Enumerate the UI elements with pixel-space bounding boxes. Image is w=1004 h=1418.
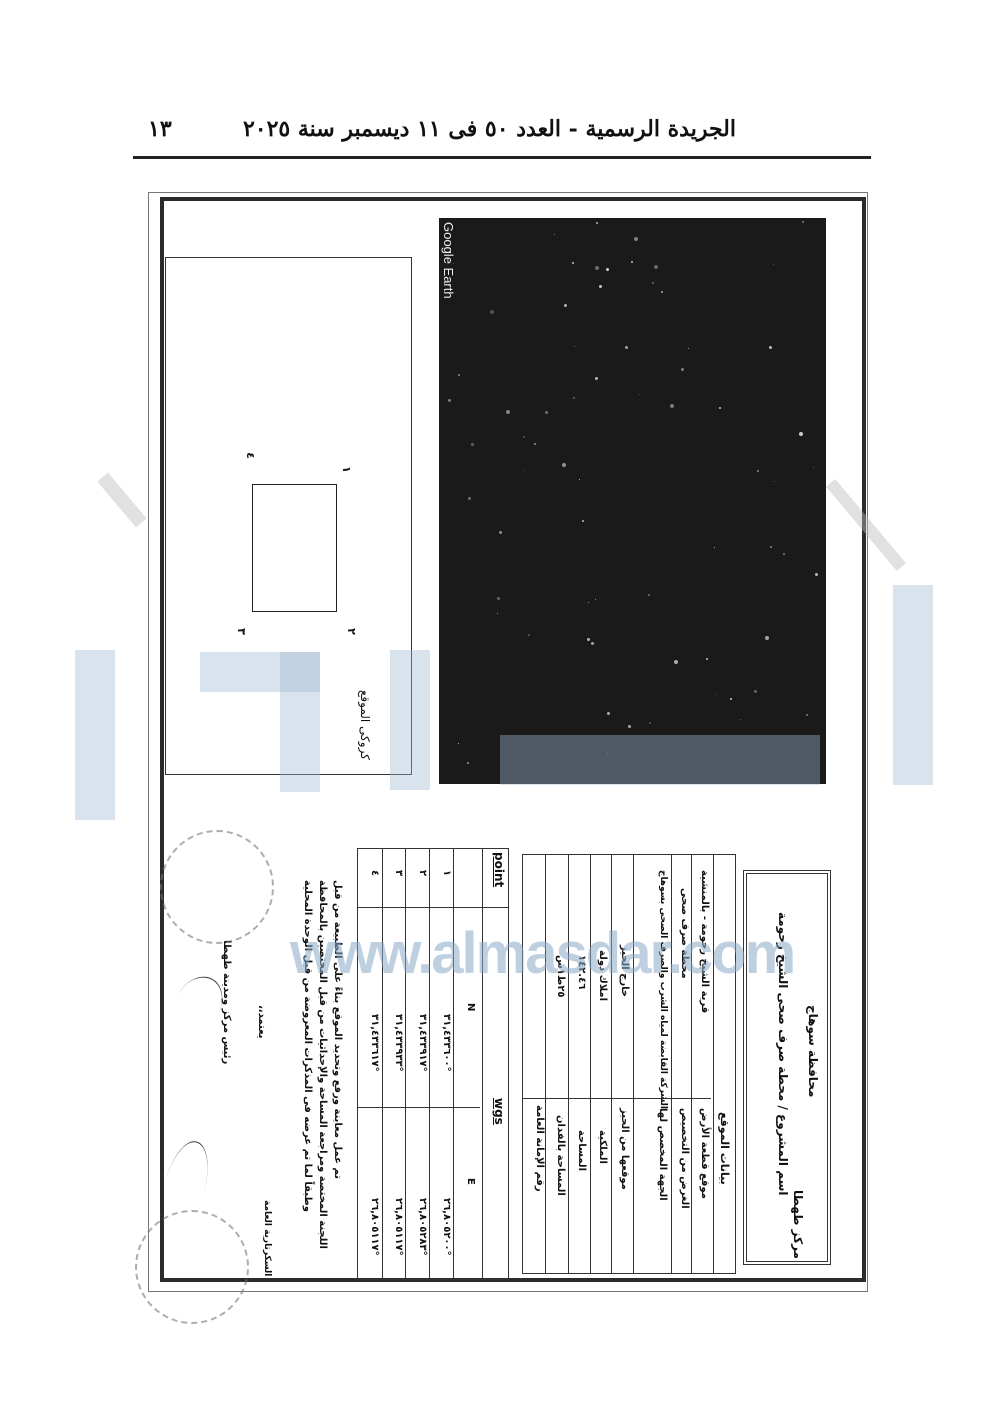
info-value: ٢٥ط١س [555, 955, 566, 998]
info-label: موقع قطعة الأرض [699, 1108, 710, 1199]
info-value: خارج الحيز [619, 945, 630, 997]
gazette-title: الجريدة الرسمية - العدد ٥٠ فى ١١ ديسمبر … [243, 116, 736, 142]
coord-point: ٣ [393, 870, 404, 876]
satellite-feature [574, 346, 575, 347]
sketch-point-2: ٢ [345, 628, 358, 635]
page-header: الجريدة الرسمية - العدد ٥٠ فى ١١ ديسمبر … [133, 112, 871, 148]
satellite-feature [648, 594, 650, 596]
signatory-title: رئيس مركز ومدينة طهطا [221, 940, 232, 1064]
page-number: ١٣ [148, 116, 172, 142]
satellite-feature [490, 310, 494, 314]
header-divider [133, 156, 871, 159]
satellite-feature [562, 463, 566, 467]
satellite-feature [595, 599, 596, 600]
satellite-feature [674, 660, 678, 664]
secretary-label: السكرتارية العامة [262, 1200, 272, 1276]
satellite-feature [523, 436, 525, 438]
info-value: املاك دولة [597, 950, 608, 1001]
satellite-feature [579, 479, 580, 480]
satellite-feature [773, 264, 774, 265]
satellite-feature [783, 553, 785, 555]
satellite-feature [596, 222, 598, 224]
satellite-feature [757, 470, 759, 472]
satellite-feature [769, 346, 772, 349]
info-label: رقم الإمانة العامة [534, 1105, 545, 1192]
satellite-feature [774, 481, 775, 482]
satellite-feature [572, 262, 574, 264]
satellite-feature [534, 443, 536, 445]
center-label: مركز طهطا [791, 1190, 805, 1259]
satellite-feature [497, 613, 498, 614]
site-sketch-title: كروكى الموقع [358, 690, 372, 760]
satellite-feature [497, 597, 500, 600]
info-label: المساحة بالفدان [555, 1115, 566, 1196]
satellite-feature [719, 407, 721, 409]
info-label: الملكية [597, 1130, 608, 1164]
satellite-feature [706, 658, 708, 660]
satellite-feature [599, 285, 602, 288]
satellite-feature [564, 304, 567, 307]
official-stamp [135, 1210, 249, 1324]
sketch-point-1: ١ [340, 466, 353, 473]
footer-note-line: وطبقاً لما تم عرضه فى المذكرات المعروضة … [302, 880, 313, 1212]
satellite-feature [799, 432, 803, 436]
sketch-point-4: ٤ [244, 452, 257, 459]
sketch-point-3: ٣ [235, 628, 248, 635]
satellite-feature [448, 399, 451, 402]
satellite-feature [468, 497, 471, 500]
coord-e: °٢٦,٨٠٥١١٧ [393, 1198, 404, 1256]
satellite-feature [815, 573, 818, 576]
satellite-feature [649, 722, 651, 724]
watermark-shape [97, 473, 146, 528]
footer-note-line: اللجنة المختصة ومراجعة المساحة والإحداثي… [317, 880, 328, 1249]
coord-n: °٣١,٤٣٣٩١٧ [417, 1014, 428, 1072]
governorate-label: محافظة سوهاج [806, 1005, 820, 1097]
footer-note-line: تم عمل معاينة ورفع وتحديد الموقع بناءً ع… [332, 880, 343, 1179]
info-value: محطة صرف صحى [679, 888, 690, 979]
satellite-feature [582, 520, 584, 522]
satellite-feature [730, 698, 732, 700]
coord-col-n: N [465, 1003, 476, 1011]
satellite-feature [606, 268, 609, 271]
satellite-feature [681, 368, 684, 371]
site-parcel-outline [252, 484, 337, 612]
satellite-feature [661, 291, 663, 293]
satellite-feature [770, 546, 772, 548]
coord-e: °٢٦,٨٠٥٢٠٠ [441, 1198, 452, 1256]
coord-n: °٣١,٤٣٣٦١٧ [369, 1014, 380, 1072]
coord-point: ٤ [369, 870, 380, 876]
coord-point: ٢ [417, 870, 428, 876]
info-label: الغرض من التخصيص [679, 1108, 690, 1209]
coord-point: ١ [441, 870, 452, 876]
satellite-feature [670, 404, 674, 408]
satellite-feature [765, 636, 769, 640]
satellite-feature [715, 694, 716, 695]
satellite-feature [714, 547, 715, 548]
approval-label: يعتمد،، [256, 1005, 267, 1039]
coord-n: °٣١,٤٣٣٩٣٣ [393, 1014, 404, 1072]
satellite-feature [806, 714, 808, 716]
coord-e: °٢٦,٨٠٥٢٨٣ [417, 1198, 428, 1256]
info-value: قرية الشيخ رحومة - بالمنشية [699, 870, 710, 1013]
satellite-feature [595, 266, 599, 270]
satellite-feature [458, 743, 459, 744]
satellite-feature [813, 467, 814, 468]
satellite-feature [545, 411, 548, 414]
satellite-feature [554, 234, 555, 235]
satellite-feature [754, 690, 757, 693]
satellite-feature [625, 346, 628, 349]
satellite-feature [588, 602, 589, 603]
coord-e: °٢٦,٨٠٥١١٧ [369, 1198, 380, 1256]
satellite-feature [471, 443, 474, 446]
satellite-feature [587, 638, 590, 641]
satellite-image [439, 218, 826, 784]
info-label: الجهة المخصص لها [657, 1108, 668, 1201]
info-value: ١٤٢.٤٦ [576, 955, 587, 989]
google-earth-label: Google Earth [441, 222, 456, 299]
info-label: المساحة [576, 1130, 587, 1171]
watermark-shape [893, 585, 933, 785]
satellite-feature [631, 261, 633, 263]
satellite-feature [524, 470, 525, 471]
satellite-feature [467, 762, 469, 764]
coord-col-e: E [465, 1178, 476, 1185]
satellite-feature [634, 237, 638, 241]
satellite-feature [573, 397, 575, 399]
satellite-feature [688, 348, 689, 349]
satellite-feature [595, 377, 598, 380]
watermark-shape [75, 650, 115, 820]
satellite-feature [458, 374, 460, 376]
satellite-feature [740, 719, 741, 720]
official-stamp [160, 830, 274, 944]
coord-n: °٣١,٤٣٣٦٠٠ [441, 1014, 452, 1072]
satellite-feature [607, 712, 610, 715]
satellite-feature [528, 634, 530, 636]
satellite-feature [802, 221, 804, 223]
coord-header-point: point [492, 852, 506, 887]
satellite-feature [654, 265, 658, 269]
satellite-feature [607, 753, 608, 754]
satellite-feature [506, 410, 510, 414]
satellite-feature [499, 531, 502, 534]
satellite-feature [652, 282, 654, 284]
satellite-feature [591, 642, 594, 645]
site-info-heading: بيانات الموقع [718, 1112, 731, 1185]
satellite-feature [639, 394, 640, 395]
info-label: موقعها من الحيز [619, 1108, 630, 1190]
project-name: اسم المشروع / محطة صرف صحى الشيخ رحومة [776, 912, 790, 1196]
satellite-feature [628, 725, 631, 728]
coord-header-system: wgs [492, 1098, 506, 1125]
info-value: الشركة القابضة لمياه الشرب والصرف الصحى … [658, 870, 668, 1109]
